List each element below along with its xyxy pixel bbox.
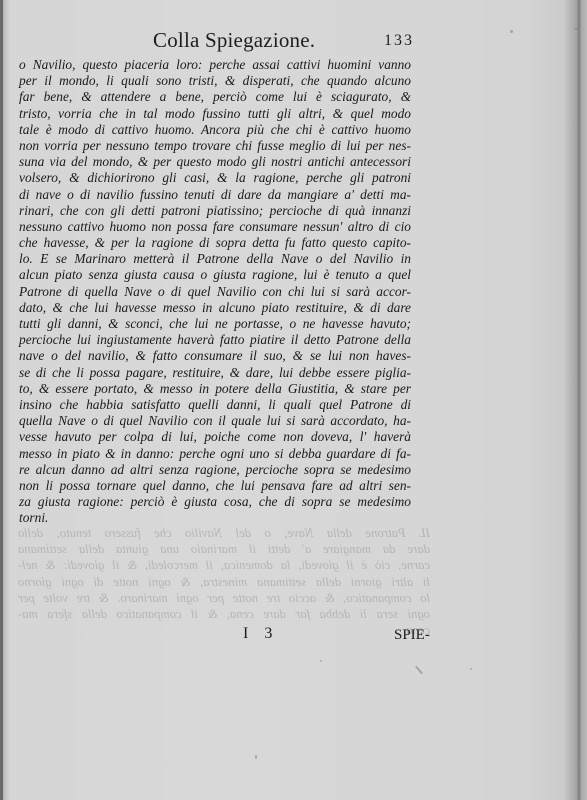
text-line: messo in piato & in danno: perche ogni u… <box>19 446 411 462</box>
scanned-book-page: Colla Spiegazione. 133 o Navilio, questo… <box>0 0 587 800</box>
text-line: non li possa tornare quel danno, che lui… <box>19 478 411 494</box>
paper-speck <box>510 30 513 33</box>
text-line: lo. E se Marinaro metterà il Patrone del… <box>19 251 411 267</box>
paper-speck <box>470 668 472 670</box>
text-line: o Navilio, questo piaceria loro: perche … <box>19 57 411 73</box>
text-line: che havesse, & per la ragione di sopra d… <box>19 235 411 251</box>
paper-speck <box>575 28 577 30</box>
page-gutter-edge <box>0 0 3 800</box>
bleed-through-text: IL Patrone della Nave, o del Navilio che… <box>18 525 430 638</box>
bleed-line: lo companatico, & accio tre notte per og… <box>18 590 430 606</box>
text-line: Patrone di quella Nave o di quel Navilio… <box>19 284 411 300</box>
text-line: re alcun danno ad altri senza ragione, p… <box>19 462 411 478</box>
text-line: per il mondo, li quali sono tristi, & di… <box>19 73 411 89</box>
page-fore-edge-shadow <box>577 0 581 800</box>
text-line: suna via del mondo, & per questo modo gl… <box>19 154 411 170</box>
running-title: Colla Spiegazione. <box>153 28 315 53</box>
text-line: to, & essere portato, & messo in potere … <box>19 381 411 397</box>
text-line: insino che habbia satisfatto quelli dann… <box>19 397 411 413</box>
bleed-line: IL Patrone della Nave, o del Navilio che… <box>18 525 430 541</box>
bleed-line: carne, ciò è il giovedi, la domenica, il… <box>18 557 430 573</box>
text-line: alcun piato senza giusta causa o giusta … <box>19 267 411 283</box>
text-line: quella Nave o di quel Navilio con il qua… <box>19 413 411 429</box>
paper-speck <box>415 666 423 675</box>
text-line: di nave o di navilio fussino tenuti di d… <box>19 187 411 203</box>
paper-speck <box>320 660 322 662</box>
text-line: nessuno cattivo huomo non possa fare con… <box>19 219 411 235</box>
text-line: rinari, che con gli detti patroni piatis… <box>19 203 411 219</box>
text-line: se di che li possa pagare, restituire, &… <box>19 365 411 381</box>
text-line: tristo, vorria che in tal modo fussino t… <box>19 106 411 122</box>
text-line: tutti gli danni, & sconci, che lui ne po… <box>19 316 411 332</box>
text-line: percioche lui ingiustamente haverà fatto… <box>19 332 411 348</box>
bleed-line: li altri giorni della settimana minestra… <box>18 574 430 590</box>
text-line: tale è modo di cattivo huomo. Ancora più… <box>19 122 411 138</box>
page-number: 133 <box>384 32 414 50</box>
text-line: za giusta ragione: perciò è giusta cosa,… <box>19 494 411 510</box>
text-line-final: torni. <box>19 510 411 526</box>
page-header: Colla Spiegazione. 133 <box>18 24 438 54</box>
bleed-line: dare da mangiare a' detti il marinaio un… <box>18 541 430 557</box>
text-line: dato, & che lui havesse messo in alcuno … <box>19 300 411 316</box>
text-line: non vorria per nessuno tempo trovare chi… <box>19 138 411 154</box>
bleed-line: ogni sera li debba far dare cena, & il c… <box>18 606 430 622</box>
text-line: far bene, & attendere a bene, perciò com… <box>19 89 411 105</box>
paper-speck <box>255 755 257 759</box>
text-line: nave o del navilio, & fatto consumare il… <box>19 348 411 364</box>
text-line: vesse havuto per colpa di lui, poiche co… <box>19 429 411 445</box>
catchword: SPIE- <box>394 627 430 644</box>
signature-mark: I 3 <box>243 625 278 643</box>
body-text-block: o Navilio, questo piaceria loro: perche … <box>19 57 411 526</box>
page-footer: I 3 SPIE- <box>18 625 438 649</box>
text-line: volsero, & dichiorirono gli casi, & la r… <box>19 170 411 186</box>
